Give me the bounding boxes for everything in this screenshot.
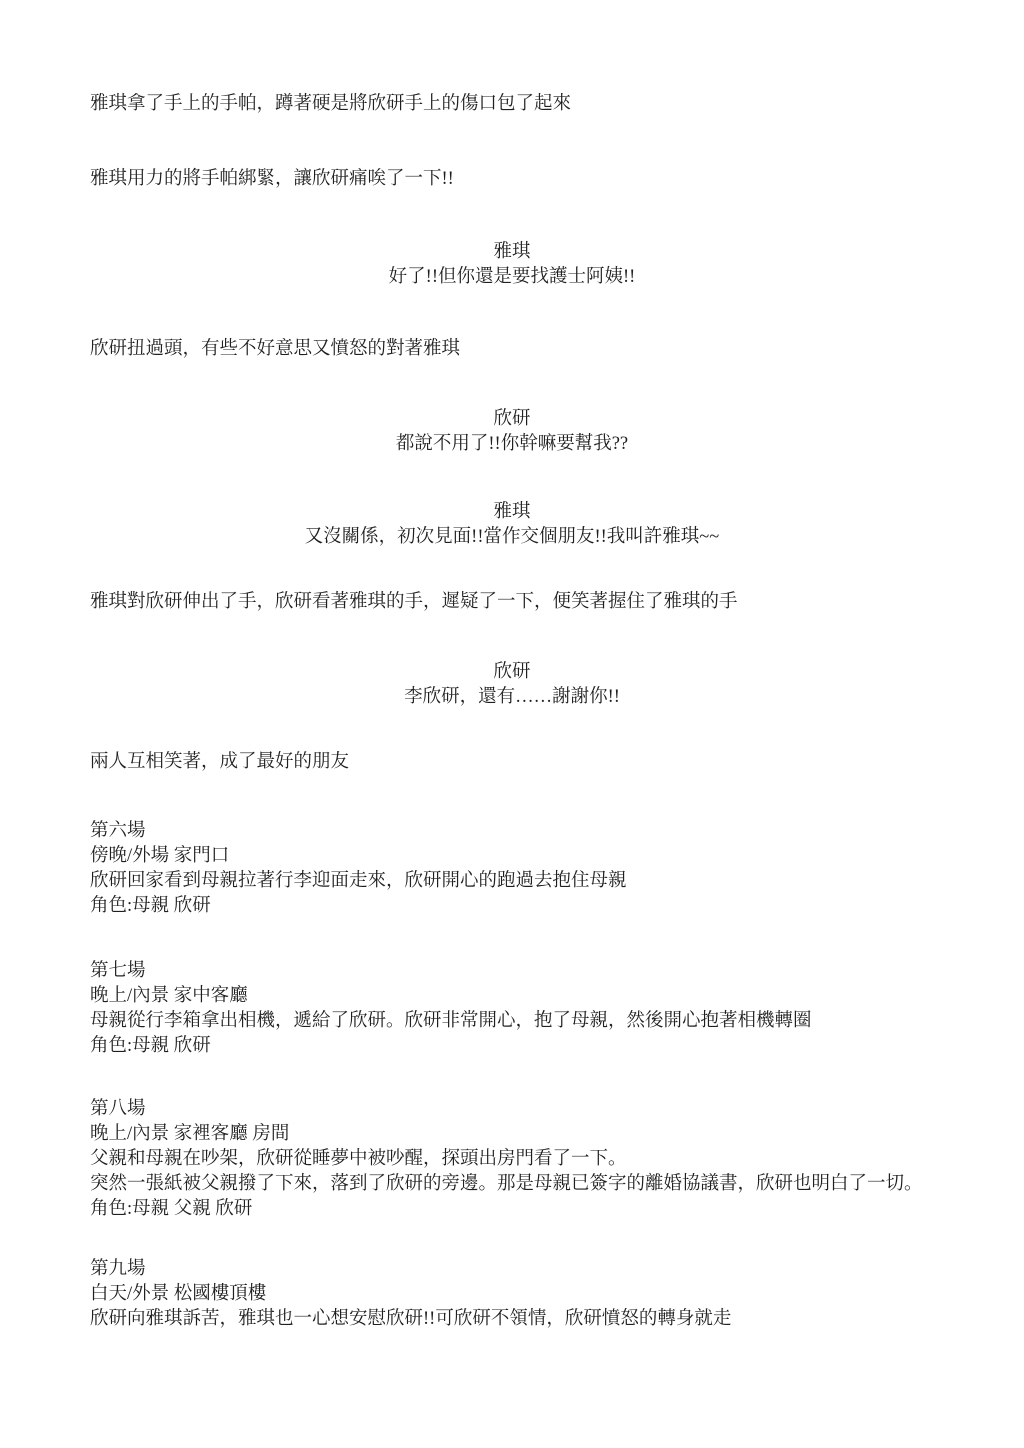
scene-heading: 第六場 [90, 819, 934, 844]
dialogue-line: 好了!!但你還是要找護士阿姨!! [90, 265, 934, 290]
script-page: 雅琪拿了手上的手帕，蹲著硬是將欣研手上的傷口包了起來 雅琪用力的將手帕綁緊，讓欣… [0, 0, 1024, 1448]
scene-heading: 第九場 [90, 1257, 934, 1282]
scene-cast: 角色:母親 欣研 [90, 894, 934, 919]
character-name: 雅琪 [90, 500, 934, 525]
action-line-5: 兩人互相笑著，成了最好的朋友 [90, 750, 934, 775]
scene-slugline: 白天/外景 松國樓頂樓 [90, 1282, 934, 1307]
dialogue-block-3: 雅琪 又沒關係，初次見面!!當作交個朋友!!我叫許雅琪~~ [90, 500, 934, 550]
scene-slugline: 晚上/內景 家裡客廳 房間 [90, 1122, 934, 1147]
scene-block-9: 第九場 白天/外景 松國樓頂樓 欣研向雅琪訴苦，雅琪也一心想安慰欣研!!可欣研不… [90, 1257, 934, 1332]
scene-block-6: 第六場 傍晚/外場 家門口 欣研回家看到母親拉著行李迎面走來，欣研開心的跑過去抱… [90, 819, 934, 919]
character-name: 雅琪 [90, 240, 934, 265]
scene-block-8: 第八場 晚上/內景 家裡客廳 房間 父親和母親在吵架，欣研從睡夢中被吵醒，探頭出… [90, 1097, 934, 1222]
dialogue-block-1: 雅琪 好了!!但你還是要找護士阿姨!! [90, 240, 934, 290]
character-name: 欣研 [90, 660, 934, 685]
dialogue-line: 都說不用了!!你幹嘛要幫我?? [90, 432, 934, 457]
scene-description: 父親和母親在吵架，欣研從睡夢中被吵醒，探頭出房門看了一下。 [90, 1147, 934, 1172]
scene-description: 欣研回家看到母親拉著行李迎面走來，欣研開心的跑過去抱住母親 [90, 869, 934, 894]
scene-block-7: 第七場 晚上/內景 家中客廳 母親從行李箱拿出相機，遞給了欣研。欣研非常開心，抱… [90, 959, 934, 1059]
scene-heading: 第七場 [90, 959, 934, 984]
scene-slugline: 晚上/內景 家中客廳 [90, 984, 934, 1009]
dialogue-block-2: 欣研 都說不用了!!你幹嘛要幫我?? [90, 407, 934, 457]
scene-description: 欣研向雅琪訴苦，雅琪也一心想安慰欣研!!可欣研不領情，欣研憤怒的轉身就走 [90, 1307, 934, 1332]
scene-description: 母親從行李箱拿出相機，遞給了欣研。欣研非常開心，抱了母親，然後開心抱著相機轉圈 [90, 1009, 934, 1034]
action-line-3: 欣研扭過頭，有些不好意思又憤怒的對著雅琪 [90, 337, 934, 362]
scene-heading: 第八場 [90, 1097, 934, 1122]
action-line-2: 雅琪用力的將手帕綁緊，讓欣研痛唉了一下!! [90, 167, 934, 192]
dialogue-line: 又沒關係，初次見面!!當作交個朋友!!我叫許雅琪~~ [90, 525, 934, 550]
character-name: 欣研 [90, 407, 934, 432]
scene-description: 突然一張紙被父親撥了下來，落到了欣研的旁邊。那是母親已簽字的離婚協議書，欣研也明… [90, 1172, 934, 1197]
action-line-1: 雅琪拿了手上的手帕，蹲著硬是將欣研手上的傷口包了起來 [90, 92, 934, 117]
scene-cast: 角色:母親 父親 欣研 [90, 1197, 934, 1222]
dialogue-line: 李欣研，還有……謝謝你!! [90, 685, 934, 710]
script-content: 雅琪拿了手上的手帕，蹲著硬是將欣研手上的傷口包了起來 雅琪用力的將手帕綁緊，讓欣… [0, 92, 1024, 1332]
scene-cast: 角色:母親 欣研 [90, 1034, 934, 1059]
scene-slugline: 傍晚/外場 家門口 [90, 844, 934, 869]
dialogue-block-4: 欣研 李欣研，還有……謝謝你!! [90, 660, 934, 710]
action-line-4: 雅琪對欣研伸出了手，欣研看著雅琪的手，遲疑了一下，便笑著握住了雅琪的手 [90, 590, 934, 615]
